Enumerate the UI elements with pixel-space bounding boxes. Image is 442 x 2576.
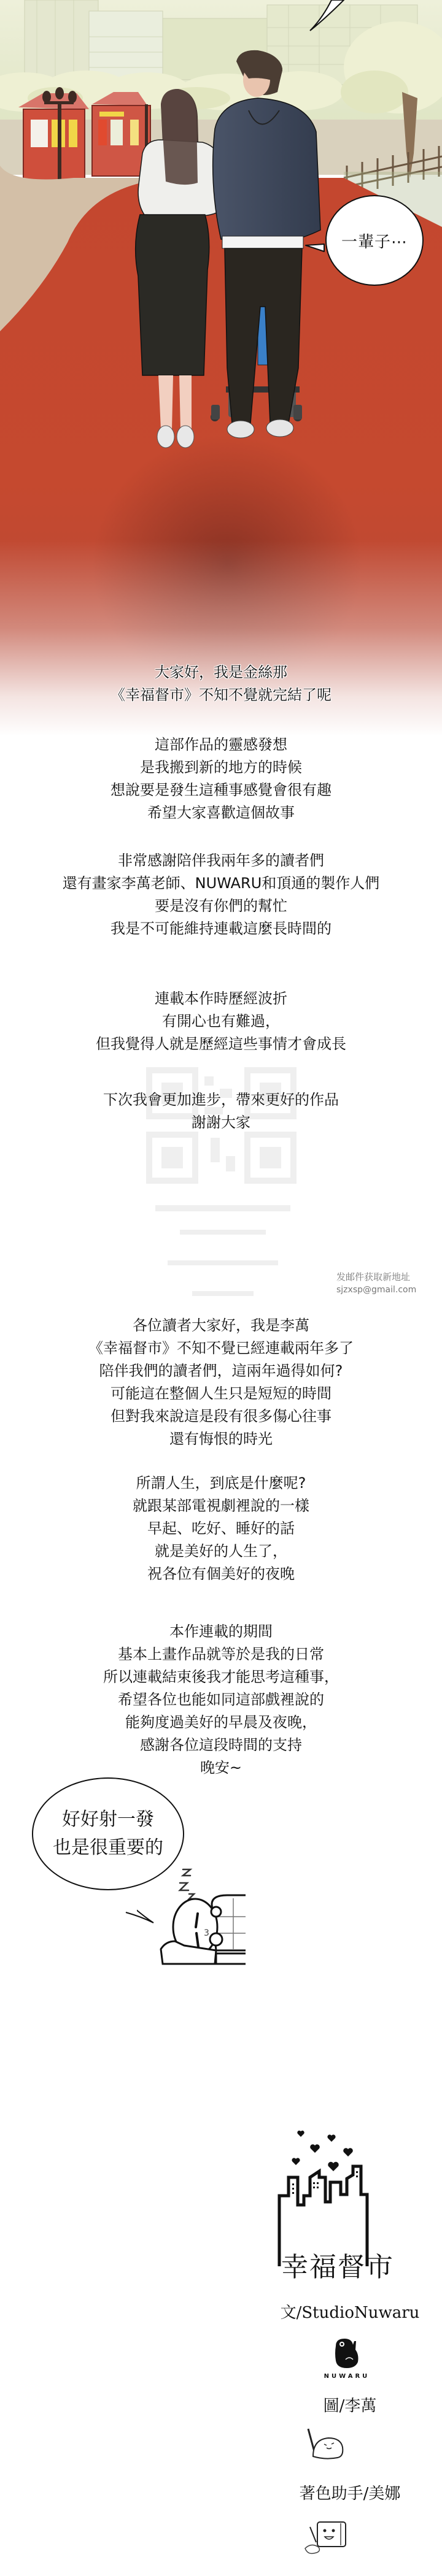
text-line: 能夠度過美好的早晨及夜晚， <box>0 1711 442 1734</box>
text-line: 但我覺得人就是歷經這些事情才會成長 <box>0 1033 442 1056</box>
text-line: 大家好，我是金絲那 <box>0 661 442 684</box>
text-line: 所謂人生，到底是什麼呢? <box>0 1472 442 1495</box>
svg-text:3: 3 <box>204 1928 209 1938</box>
text-line: 各位讀者大家好，我是李萬 <box>0 1314 442 1337</box>
text-line: 就是美好的人生了， <box>0 1540 442 1563</box>
seal-mascot-illustration <box>301 2426 356 2463</box>
text-line: 陪伴我們的讀者們，這兩年過得如何? <box>0 1360 442 1382</box>
text-line: 非常感謝陪伴我兩年多的讀者們 <box>0 849 442 872</box>
text-line: 還有悔恨的時光 <box>0 1428 442 1451</box>
watermark-email: sjzxsp@gmail.com <box>336 1283 416 1297</box>
author-note-1-paragraph-3: 非常感謝陪伴我兩年多的讀者們 還有畫家李萬老師、NUWARU和頂通的製作人們 要… <box>0 849 442 940</box>
author-note-1-paragraph-2: 這部作品的靈感發想 是我搬到新的地方的時候 想說要是發生這種事感覺會很有趣 希望… <box>0 734 442 824</box>
speech-bubble-text: 一輩子⋯ <box>341 229 408 252</box>
scene-fade-gradient <box>0 540 442 736</box>
author-note-1-paragraph-4: 連載本作時歷經波折 有開心也有難過， 但我覺得人就是歷經這些事情才會成長 <box>0 987 442 1056</box>
nuwaru-studio-logo: NUWARU <box>313 2334 381 2380</box>
sleeping-character-illustration: 3 <box>0 1766 246 1969</box>
author-note-2-paragraph-2: 所謂人生，到底是什麼呢? 就跟某部電視劇裡說的一樣 早起、吃好、睡好的話 就是美… <box>0 1472 442 1585</box>
text-line: 基本上畫作品就等於是我的日常 <box>0 1643 442 1666</box>
tofu-mascot-illustration <box>298 2515 359 2558</box>
author-note-2-paragraph-1: 各位讀者大家好，我是李萬 《幸福督市》不知不覺已經連載兩年多了 陪伴我們的讀者們… <box>0 1314 442 1451</box>
text-line: 希望大家喜歡這個故事 <box>0 802 442 824</box>
watermark-contact-note: 发邮件获取新地址 sjzxsp@gmail.com <box>336 1271 416 1297</box>
text-line: 這部作品的靈感發想 <box>0 734 442 756</box>
credit-artist: 圖/李萬 <box>258 2393 442 2416</box>
credit-writer: 文/StudioNuwaru <box>258 2300 442 2323</box>
text-line: 《幸福督市》不知不覺就完結了呢 <box>0 684 442 707</box>
studio-logo-label: NUWARU <box>313 2373 381 2380</box>
credit-colorist: 著色助手/美娜 <box>258 2481 442 2504</box>
speech-bubble-lifetime: 一輩子⋯ <box>325 195 424 286</box>
text-line: 《幸福督市》不知不覺已經連載兩年多了 <box>0 1337 442 1360</box>
text-line: 要是沒有你們的幫忙 <box>0 895 442 918</box>
street-scene-panel: 一輩子⋯ <box>0 0 442 736</box>
text-line: 有開心也有難過， <box>0 1010 442 1033</box>
text-line: 連載本作時歷經波折 <box>0 987 442 1010</box>
author-note-2-paragraph-3: 本作連載的期間 基本上畫作品就等於是我的日常 所以連載結束後我才能思考這種事， … <box>0 1620 442 1779</box>
comic-page: 一輩子⋯ 大家好，我是金絲那 《幸福督市》不知不覺就完結了呢 這部作品的靈感發想… <box>0 0 442 2576</box>
comic-title: 幸福督市 <box>258 2245 417 2284</box>
text-line: 祝各位有個美好的夜晚 <box>0 1563 442 1585</box>
author-note-1-paragraph-1: 大家好，我是金絲那 《幸福督市》不知不覺就完結了呢 <box>0 661 442 707</box>
text-line: 早起、吃好、睡好的話 <box>0 1517 442 1540</box>
text-line: 我是不可能維持連載這麼長時間的 <box>0 918 442 940</box>
text-line: 可能這在整個人生只是短短的時間 <box>0 1382 442 1405</box>
text-line: 是我搬到新的地方的時候 <box>0 756 442 779</box>
text-line: 就跟某部電視劇裡說的一樣 <box>0 1495 442 1517</box>
hearts-decoration <box>292 2131 352 2171</box>
text-line: 所以連載結束後我才能思考這種事， <box>0 1666 442 1689</box>
watermark-line-1: 发邮件获取新地址 <box>336 1271 416 1283</box>
text-line: 還有畫家李萬老師、NUWARU和頂通的製作人們 <box>0 872 442 895</box>
qr-code-watermark <box>143 1064 300 1322</box>
text-line: 本作連載的期間 <box>0 1620 442 1643</box>
text-line: 但對我來說這是段有很多傷心往事 <box>0 1405 442 1428</box>
frog-logo-icon <box>328 2334 365 2371</box>
text-line: 希望各位也能如同這部戲裡說的 <box>0 1689 442 1711</box>
text-line: 想說要是發生這種事感覺會很有趣 <box>0 779 442 802</box>
text-line: 感謝各位這段時間的支持 <box>0 1734 442 1757</box>
